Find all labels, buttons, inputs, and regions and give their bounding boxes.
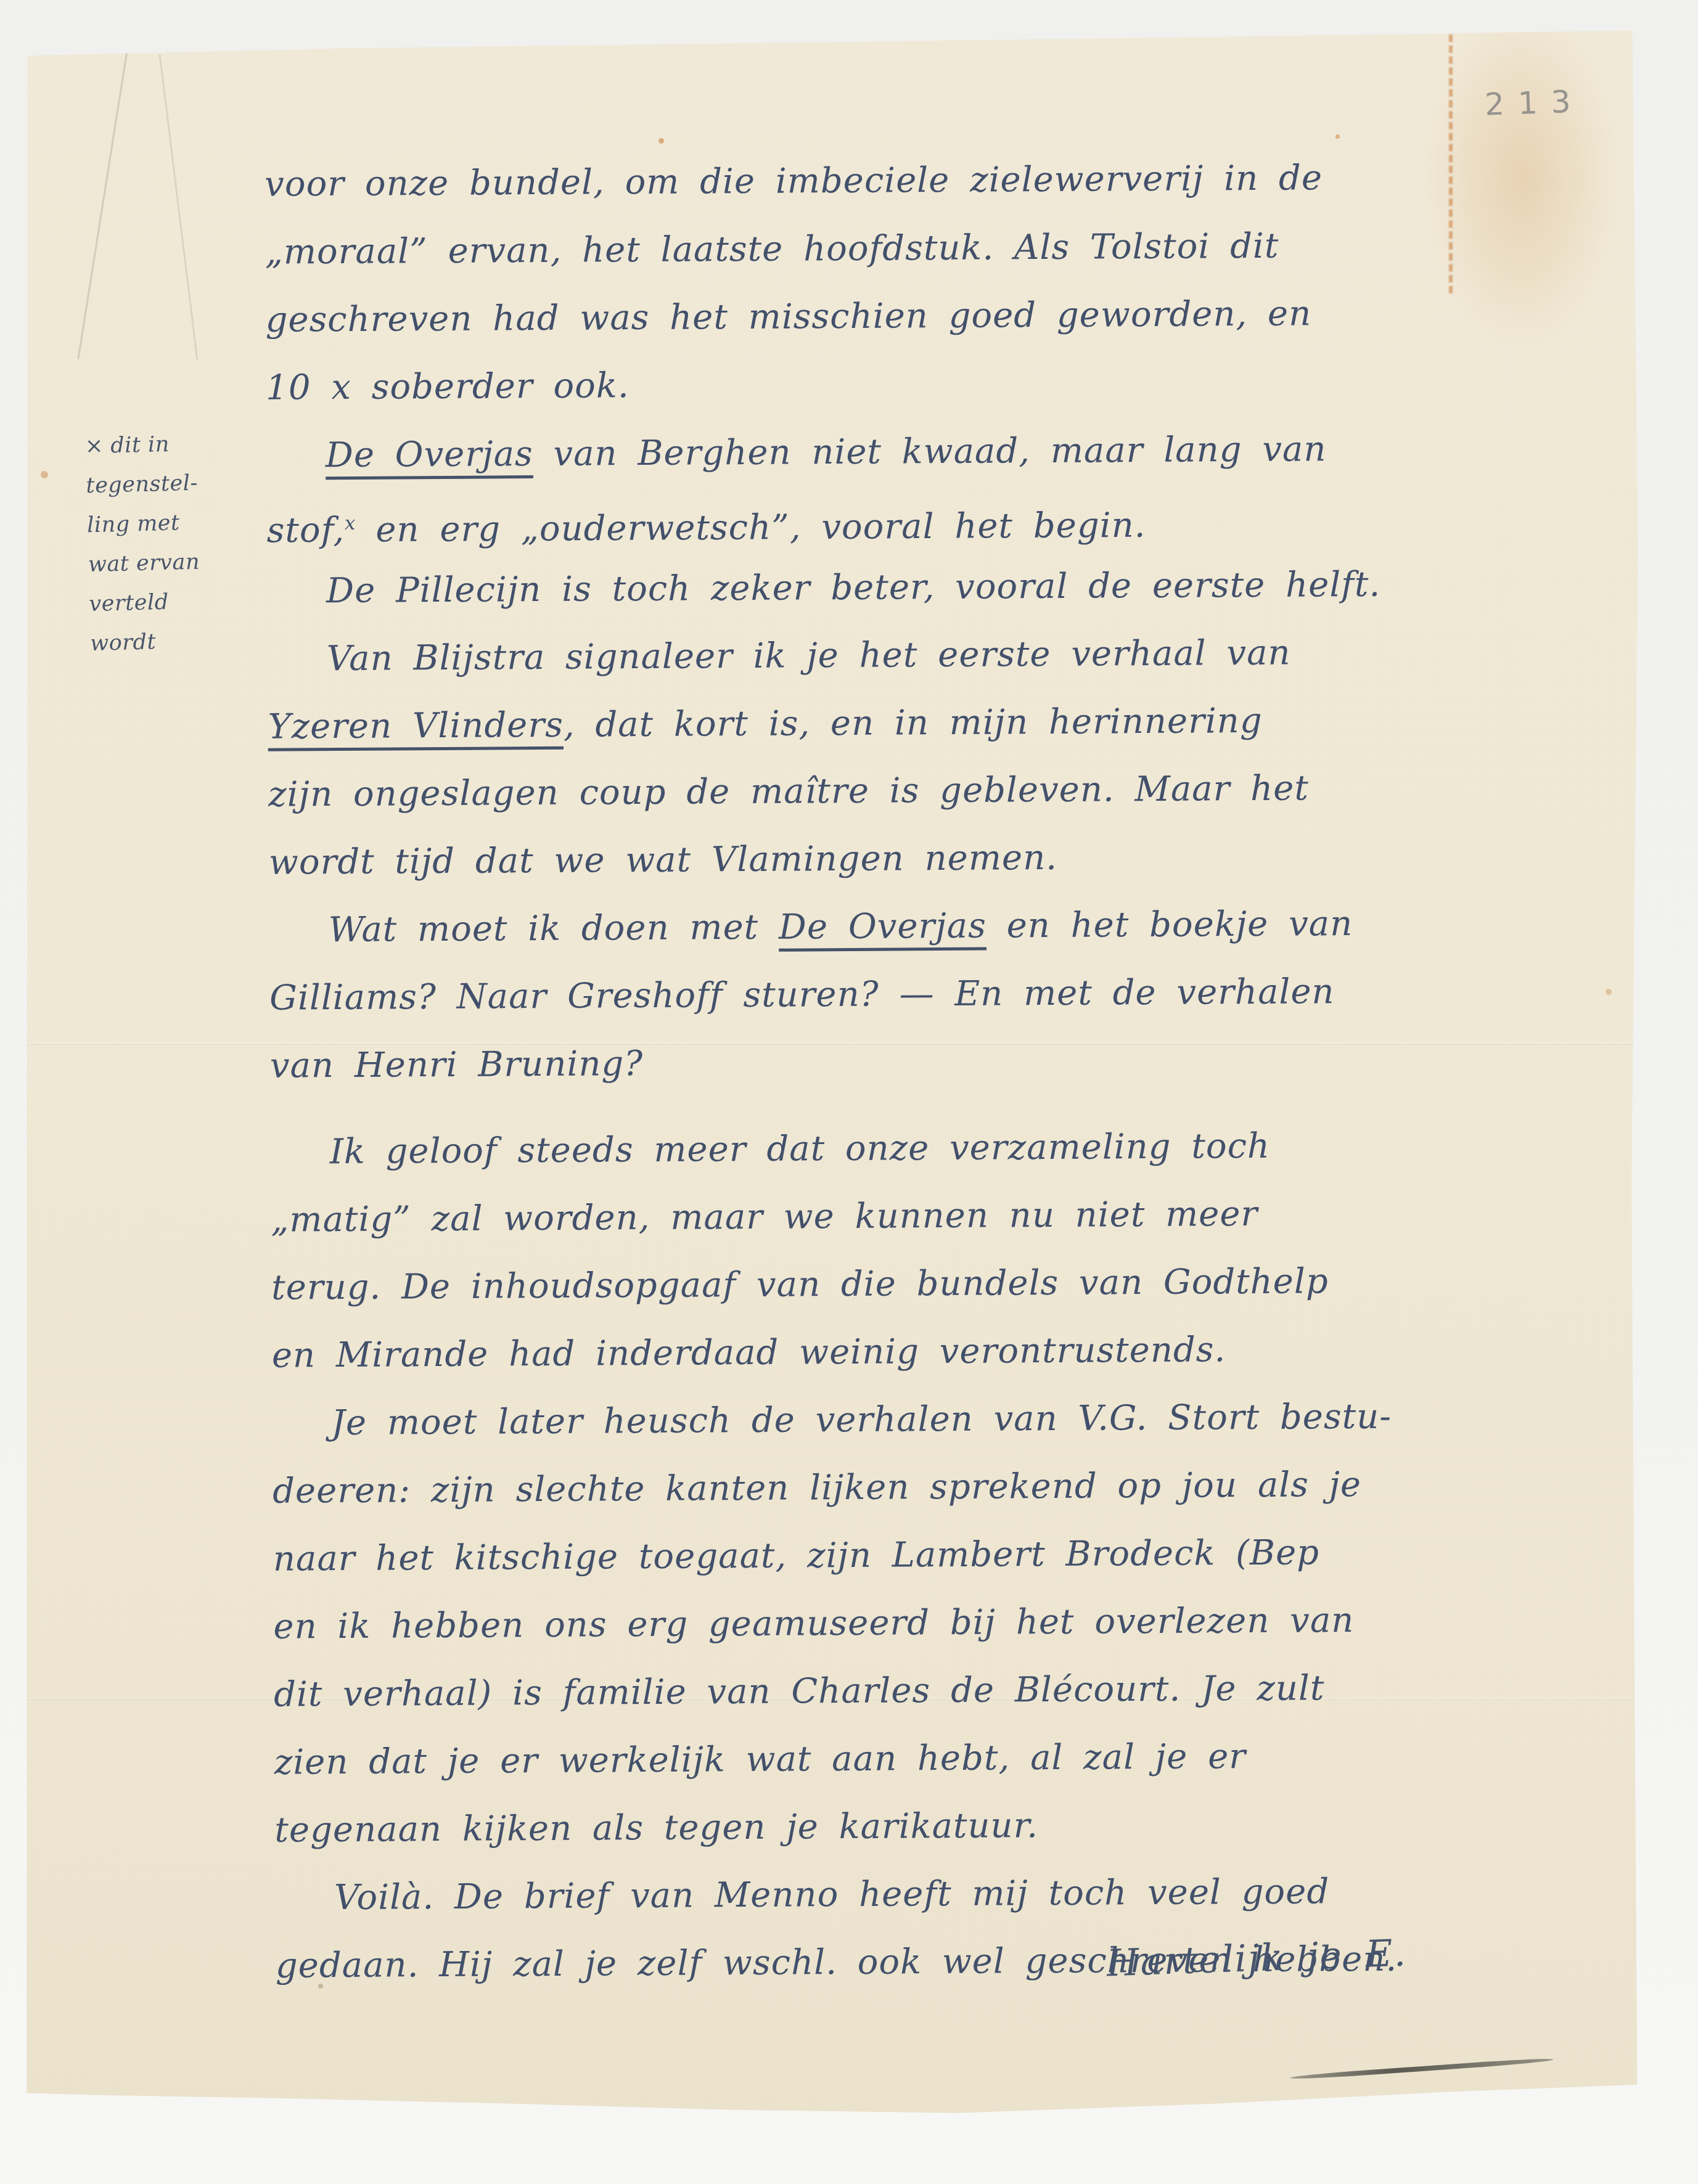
- letter-line: naar het kitschige toegaat, zijn Lambert…: [273, 1517, 1630, 1593]
- text-segment: wordt tijd dat we wat Vlamingen nemen.: [269, 838, 1057, 883]
- letter-line: Voilà. De brief van Menno heeft mij toch…: [275, 1856, 1632, 1932]
- foxing-speck: [1335, 134, 1340, 139]
- photographed-letter-page: { "document": { "page_number": "213", "l…: [0, 0, 1698, 2184]
- margin-note: × dit integenstel-ling metwat ervanverte…: [84, 422, 294, 664]
- text-segment: deeren: zijn slechte kanten lijken sprek…: [273, 1465, 1361, 1511]
- text-segment: Gilliams? Naar Greshoff sturen? — En met…: [269, 971, 1335, 1018]
- letter-line: 10 x soberder ook.: [266, 346, 1623, 422]
- text-segment: Voilà. De brief van Menno heeft mij toch…: [334, 1871, 1329, 1918]
- text-segment: tegenaan kijken als tegen je karikatuur.: [274, 1806, 1038, 1851]
- letter-line: en ik hebben ons erg geamuseerd bij het …: [273, 1585, 1630, 1661]
- letter-line: „matig” zal worden, maar we kunnen nu ni…: [271, 1178, 1628, 1254]
- letter-line: terug. De inhoudsopgaaf van die bundels …: [271, 1246, 1628, 1322]
- text-segment: , dat kort is, en in mijn herinnering: [564, 701, 1263, 745]
- text-segment: Ik geloof steeds meer dat onze verzameli…: [330, 1126, 1271, 1172]
- letter-line: geschreven had was het misschien goed ge…: [265, 278, 1622, 354]
- text-segment: „matig” zal worden, maar we kunnen nu ni…: [271, 1194, 1258, 1240]
- letter-line: zijn ongeslagen coup de maître is geblev…: [268, 753, 1625, 828]
- letter-line: wordt tijd dat we wat Vlamingen nemen.: [269, 820, 1626, 896]
- text-segment: 10 x soberder ook.: [266, 366, 630, 408]
- text-segment: Van Blijstra signaleer ik je het eerste …: [327, 633, 1291, 679]
- pencil-scratch-mark: [159, 54, 199, 361]
- letter-line: Yzeren Vlinders, dat kort is, en in mijn…: [268, 685, 1625, 761]
- pencil-scratch-mark: [77, 43, 129, 359]
- text-segment: en erg „ouderwetsch”, vooral het begin.: [355, 505, 1146, 550]
- margin-note-line: wat ervan: [88, 540, 292, 585]
- underlined-title: De Overjas: [779, 906, 986, 947]
- letter-line: tegenaan kijken als tegen je karikatuur.: [274, 1788, 1631, 1864]
- text-segment: „moraal” ervan, het laatste hoofdstuk. A…: [265, 226, 1279, 272]
- letter-line: „moraal” ervan, het laatste hoofdstuk. A…: [265, 210, 1622, 286]
- letter-line: Gilliams? Naar Greshoff sturen? — En met…: [269, 956, 1626, 1032]
- page-number: 213: [1484, 83, 1585, 123]
- margin-note-line: × dit in: [84, 422, 289, 467]
- letter-line: Van Blijstra signaleer ik je het eerste …: [268, 617, 1625, 693]
- text-segment: Je moet later heusch de verhalen van V.G…: [331, 1397, 1392, 1444]
- letter-line: gedaan. Hij zal je zelf wschl. ook wel g…: [276, 1924, 1633, 2000]
- footnote-mark: x: [345, 512, 356, 534]
- text-segment: voor onze bundel, om die imbeciele ziele…: [265, 158, 1323, 204]
- text-segment: zijn ongeslagen coup de maître is geblev…: [268, 768, 1309, 814]
- foxing-speck: [658, 138, 664, 144]
- text-segment: zien dat je er werkelijk wat aan hebt, a…: [274, 1736, 1247, 1783]
- letter-line: Wat moet ik doen met De Overjas en het b…: [269, 888, 1626, 964]
- letter-line: Je moet later heusch de verhalen van V.G…: [272, 1381, 1629, 1457]
- text-segment: naar het kitschige toegaat, zijn Lambert…: [273, 1532, 1320, 1579]
- letter-line: en Mirande had inderdaad weinig verontru…: [271, 1314, 1628, 1389]
- text-segment: dit verhaal) is familie van Charles de B…: [274, 1668, 1325, 1714]
- underlined-title: De Overjas: [326, 434, 533, 475]
- underlined-title: Yzeren Vlinders: [268, 705, 564, 747]
- letter-line: deeren: zijn slechte kanten lijken sprek…: [273, 1449, 1630, 1525]
- letter-line: Ik geloof steeds meer dat onze verzameli…: [270, 1110, 1627, 1186]
- margin-note-line: tegenstel-: [86, 461, 290, 506]
- margin-note-line: wordt: [89, 619, 294, 664]
- margin-note-line: verteld: [89, 579, 293, 624]
- letter-line: stof,x en erg „ouderwetsch”, vooral het …: [266, 481, 1623, 557]
- text-segment: stof,: [266, 510, 345, 551]
- text-segment: terug. De inhoudsopgaaf van die bundels …: [271, 1261, 1329, 1307]
- text-segment: en Mirande had inderdaad weinig verontru…: [272, 1330, 1226, 1375]
- letter-line: voor onze bundel, om die imbeciele ziele…: [265, 142, 1622, 218]
- letter-line: dit verhaal) is familie van Charles de B…: [274, 1653, 1631, 1728]
- letter-line: De Overjas van Berghen niet kwaad, maar …: [266, 414, 1623, 489]
- text-segment: en het boekje van: [986, 904, 1353, 946]
- text-segment: geschreven had was het misschien goed ge…: [265, 293, 1311, 340]
- letter-body: voor onze bundel, om die imbeciele ziele…: [265, 142, 1632, 2000]
- margin-note-line: ling met: [86, 501, 291, 546]
- letter-line: zien dat je er werkelijk wat aan hebt, a…: [274, 1720, 1631, 1796]
- text-segment: van Berghen niet kwaad, maar lang van: [533, 429, 1326, 474]
- foxing-speck: [41, 471, 48, 478]
- letter-line: van Henri Bruning?: [270, 1024, 1627, 1100]
- text-segment: van Henri Bruning?: [270, 1044, 644, 1086]
- letter-line: De Pillecijn is toch zeker beter, vooral…: [267, 549, 1624, 625]
- text-segment: Wat moet ik doen met: [328, 907, 779, 950]
- text-segment: en ik hebben ons erg geamuseerd bij het …: [273, 1600, 1354, 1647]
- text-segment: De Pillecijn is toch zeker beter, vooral…: [326, 565, 1380, 611]
